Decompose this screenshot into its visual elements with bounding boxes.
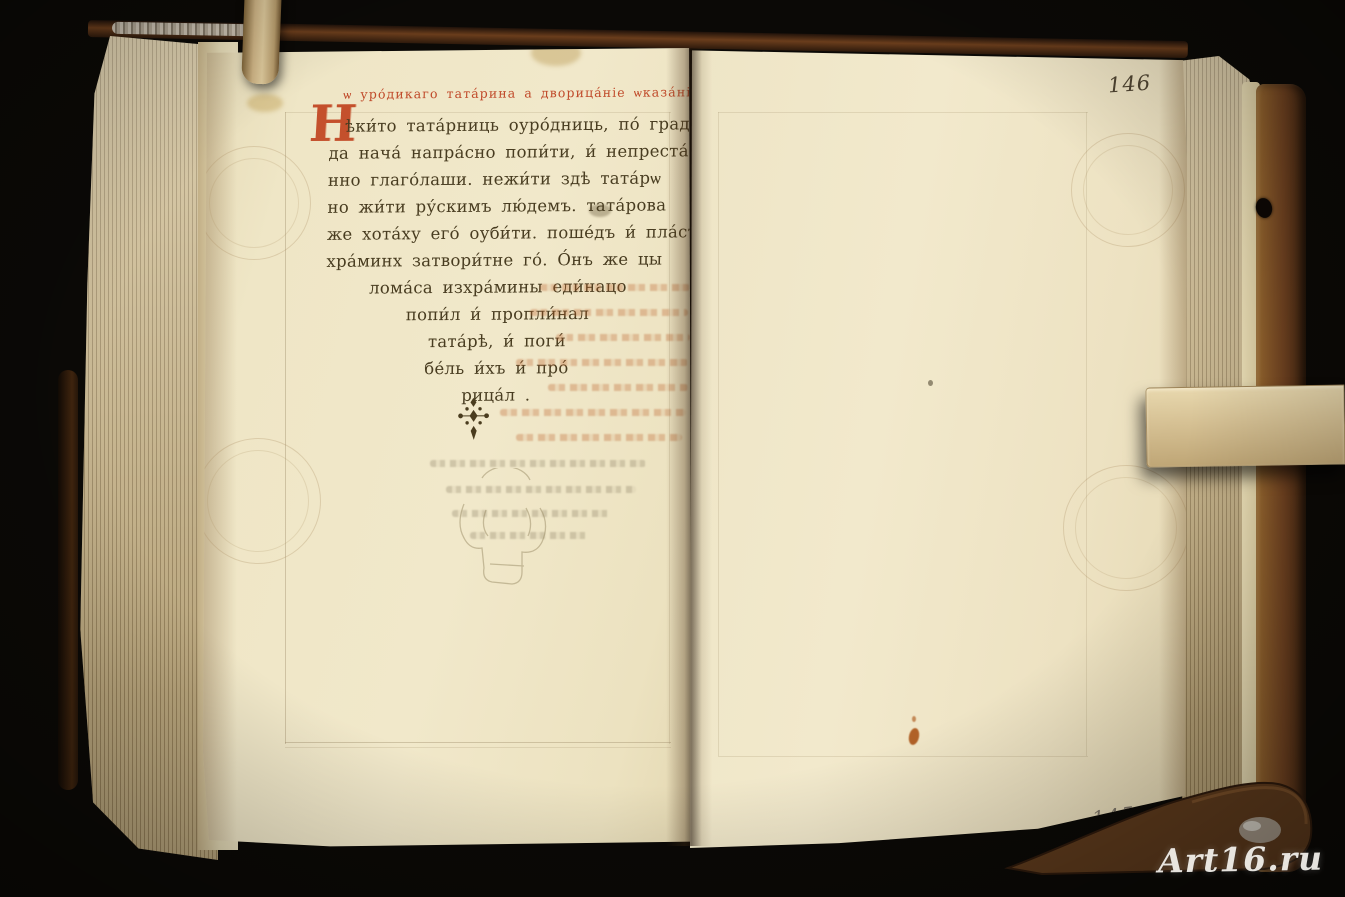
manuscript-line: но жи́ти ру́скимъ лю́демъ. тата́рова <box>327 191 700 221</box>
ink-speck <box>928 380 933 386</box>
rubric-heading: ѡ уро́дикаго тата́рина а дворица́ніе ѡка… <box>343 84 695 102</box>
book-headband <box>112 22 250 36</box>
wooden-stick-top <box>241 0 282 85</box>
manuscript-line: ѣки́то тата́рниць оуро́дниць, по́ градѣ … <box>329 110 702 140</box>
manuscript-line: тата́рѣ, и́ поги́ <box>325 326 698 356</box>
medallion-showthrough-ring <box>207 450 309 552</box>
manuscript-line: да нача́ напра́сно попи́ти, и́ непреста́ <box>328 137 701 167</box>
left-cover-edge <box>58 370 78 790</box>
left-page-frame-line <box>285 747 671 748</box>
manuscript-line: нно глаго́лаши. нежи́ти здѣ тата́рѡ <box>328 164 701 194</box>
right-page-frame-line <box>718 112 1088 113</box>
manuscript-line: же хота́ху его́ оуби́ти. поше́дъ и́ пла́… <box>327 218 700 248</box>
right-page: 146 145 <box>690 44 1187 848</box>
photo-open-manuscript-book: ѡ уро́дикаго тата́рина а дворица́ніе ѡка… <box>0 0 1345 897</box>
right-leather-cover-edge <box>1256 84 1306 872</box>
left-page-stack-fore-edge <box>76 36 218 860</box>
cross-flourish-ornament-icon <box>455 396 491 442</box>
wormhole-in-leather <box>1254 196 1274 219</box>
wooden-ruler-right <box>1145 384 1345 467</box>
page-stain <box>247 94 283 112</box>
left-page: ѡ уро́дикаго тата́рина а дворица́ніе ѡка… <box>203 48 692 848</box>
folio-number-146: 146 <box>1107 71 1152 98</box>
right-page-frame-line <box>718 756 1088 757</box>
medallion-showthrough-ring <box>1075 477 1177 579</box>
paper-watermark-outline <box>448 468 566 600</box>
rust-spot <box>907 727 920 746</box>
manuscript-line: бе́ль и́хъ и́ про́ <box>324 353 697 383</box>
right-page-frame-line <box>718 112 719 756</box>
rust-spot <box>912 716 916 722</box>
left-page-frame-line <box>285 742 671 743</box>
site-watermark: Art16.ru <box>1158 839 1324 881</box>
manuscript-line: хра́минх затвори́тне го́. О́нъ же цы <box>326 245 699 275</box>
medallion-showthrough-ring <box>1083 145 1173 235</box>
medallion-showthrough-ring <box>209 158 299 248</box>
